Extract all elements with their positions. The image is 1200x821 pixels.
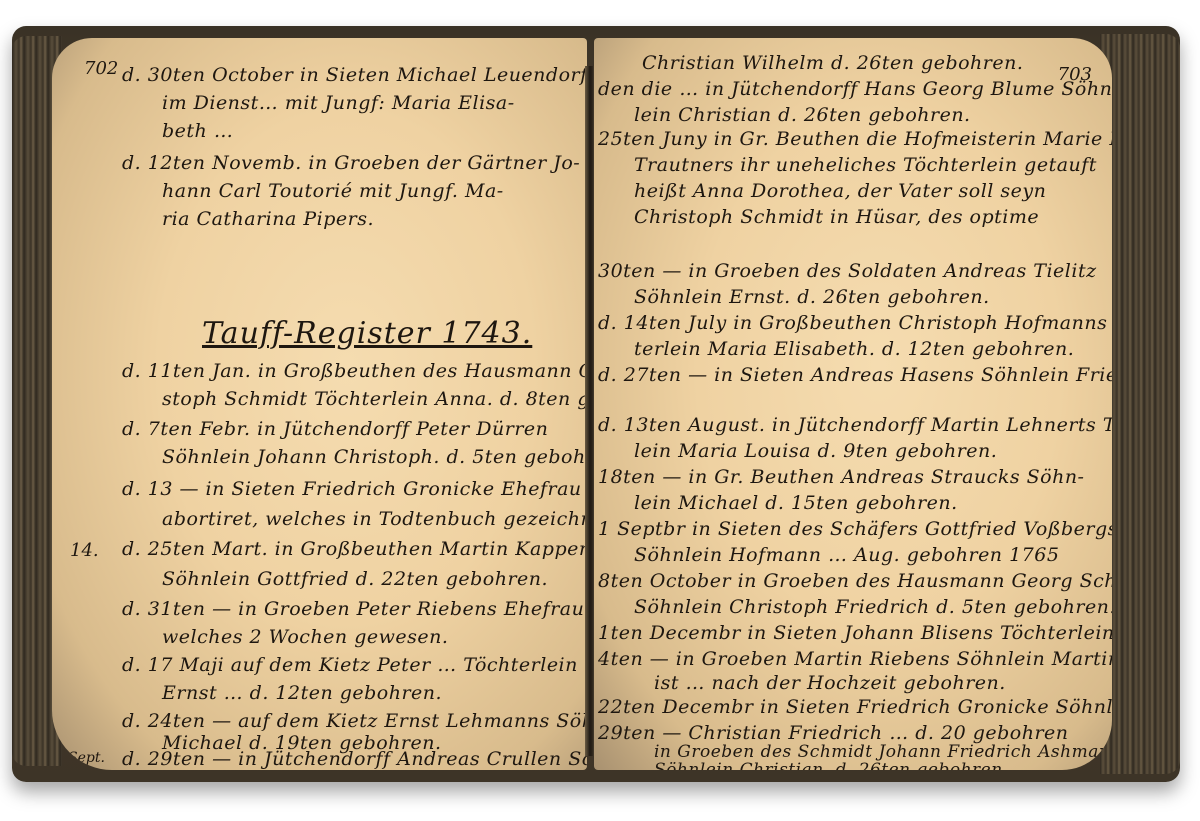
- entry-line: d. 17 Maji auf dem Kietz Peter … Töchter…: [122, 654, 578, 676]
- entry-line: Söhnlein Gottfried d. 22ten gebohren.: [162, 568, 548, 590]
- right-page: 703 Christian Wilhelm d. 26ten gebohren.…: [594, 38, 1112, 770]
- text-line: Söhnlein Hofmann … Aug. gebohren 1765: [634, 544, 1059, 566]
- text-line: heißt Anna Dorothea, der Vater soll seyn: [634, 180, 1046, 202]
- book: 702 d. 30ten October in Sieten Michael L…: [12, 26, 1180, 782]
- left-page: 702 d. 30ten October in Sieten Michael L…: [52, 38, 587, 770]
- text-line: terlein Maria Elisabeth. d. 12ten gebohr…: [634, 338, 1074, 360]
- entry-line: d. 13 — in Sieten Friedrich Gronicke Ehe…: [122, 478, 582, 500]
- text-line: ria Catharina Pipers.: [162, 208, 374, 230]
- text-line: Christian Wilhelm d. 26ten gebohren.: [642, 52, 1023, 74]
- book-cover-right-edge: [1100, 34, 1180, 774]
- text-line: 29ten — Christian Friedrich … d. 20 gebo…: [598, 722, 1069, 744]
- text-line: lein Christian d. 26ten gebohren.: [634, 104, 971, 126]
- text-line: Christoph Schmidt in Hüsar, des optime: [634, 206, 1039, 228]
- text-line: d. 12ten Novemb. in Groeben der Gärtner …: [122, 152, 580, 174]
- text-line: in Groeben des Schmidt Johann Friedrich …: [654, 742, 1112, 762]
- text-line: lein Maria Louisa d. 9ten gebohren.: [634, 440, 997, 462]
- entry-line: Söhnlein Johann Christoph. d. 5ten geboh…: [162, 446, 587, 468]
- text-line: ist … nach der Hochzeit gebohren.: [654, 672, 1006, 694]
- text-line: 1ten Decembr in Sieten Johann Blisens Tö…: [598, 622, 1112, 644]
- text-line: d. 14ten July in Großbeuthen Christoph H…: [598, 312, 1112, 334]
- text-line: Söhnlein Christian. d. 26ten gebohren.: [654, 760, 1009, 770]
- text-line: 25ten Juny in Gr. Beuthen die Hofmeister…: [598, 128, 1112, 150]
- margin-note: 14.: [70, 540, 99, 561]
- entry-line: d. 31ten — in Groeben Peter Riebens Ehef…: [122, 598, 587, 620]
- text-line: 8ten October in Groeben des Hausmann Geo…: [598, 570, 1112, 592]
- entry-line: d. 24ten — auf dem Kietz Ernst Lehmanns …: [122, 710, 587, 732]
- text-line: Söhnlein Ernst. d. 26ten gebohren.: [634, 286, 990, 308]
- text-line: beth …: [162, 120, 233, 142]
- text-line: lein Michael d. 15ten gebohren.: [634, 492, 958, 514]
- margin-note: Sept.: [68, 750, 105, 766]
- text-line: 30ten — in Groeben des Soldaten Andreas …: [598, 260, 1097, 282]
- text-line: den die … in Jütchendorff Hans Georg Blu…: [598, 78, 1112, 100]
- entry-line: d. 7ten Febr. in Jütchendorff Peter Dürr…: [122, 418, 548, 440]
- text-line: d. 30ten October in Sieten Michael Leuen…: [122, 64, 587, 86]
- text-line: 18ten — in Gr. Beuthen Andreas Straucks …: [598, 466, 1084, 488]
- text-line: Söhnlein Christoph Friedrich d. 5ten geb…: [634, 596, 1112, 618]
- text-line: Trautners ihr uneheliches Töchterlein ge…: [634, 154, 1097, 176]
- entry-line: d. 29ten — in Jütchendorff Andreas Crull…: [122, 748, 587, 770]
- entry-line: welches 2 Wochen gewesen.: [162, 626, 448, 648]
- text-line: 22ten Decembr in Sieten Friedrich Gronic…: [598, 696, 1112, 718]
- entry-line: abortiret, welches in Todtenbuch gezeich…: [162, 508, 587, 530]
- entry-line: d. 25ten Mart. in Großbeuthen Martin Kap…: [122, 538, 587, 560]
- text-line: 4ten — in Groeben Martin Riebens Söhnlei…: [598, 648, 1112, 670]
- entry-line: Ernst … d. 12ten gebohren.: [162, 682, 442, 704]
- entry-line: d. 11ten Jan. in Großbeuthen des Hausman…: [122, 360, 587, 382]
- text-line: d. 27ten — in Sieten Andreas Hasens Söhn…: [598, 364, 1112, 386]
- left-page-number: 702: [84, 58, 118, 79]
- text-line: 1 Septbr in Sieten des Schäfers Gottfrie…: [598, 518, 1112, 540]
- text-line: im Dienst… mit Jungf: Maria Elisa-: [162, 92, 515, 114]
- text-line: d. 13ten August. in Jütchendorff Martin …: [598, 414, 1112, 436]
- register-heading: Tauff-Register 1743.: [202, 316, 532, 351]
- entry-line: stoph Schmidt Töchterlein Anna. d. 8ten …: [162, 388, 587, 410]
- text-line: hann Carl Toutorié mit Jungf. Ma-: [162, 180, 504, 202]
